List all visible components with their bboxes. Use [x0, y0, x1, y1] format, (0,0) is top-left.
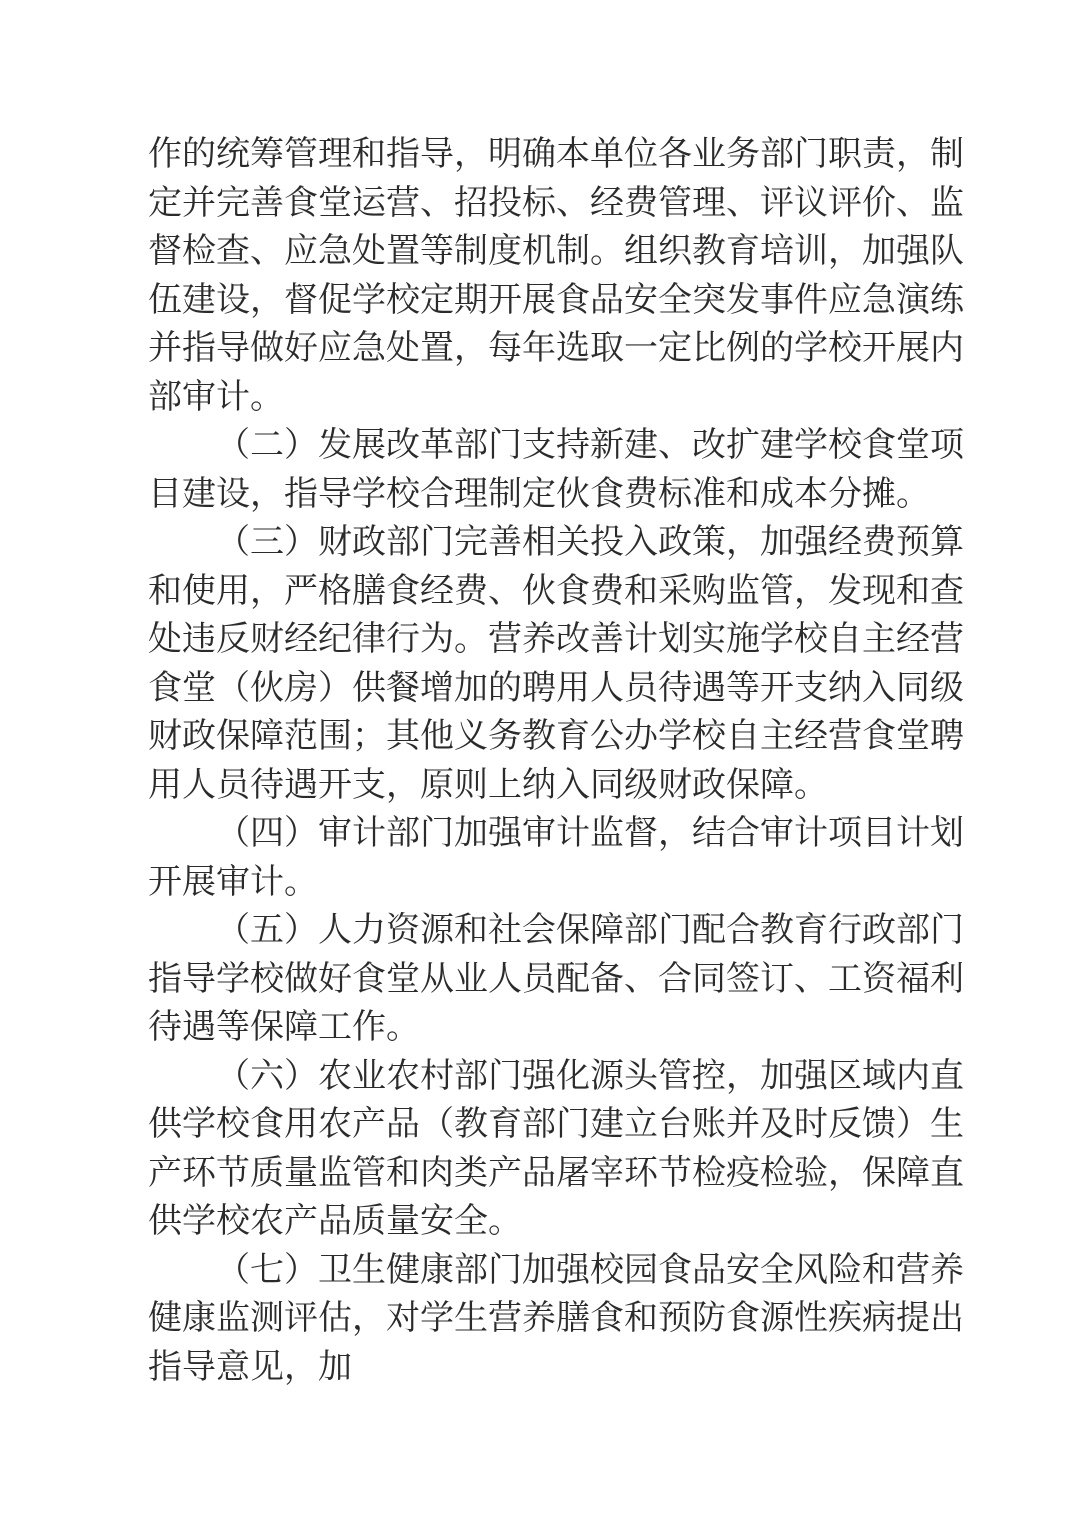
paragraph-item-2: （二）发展改革部门支持新建、改扩建学校食堂项目建设，指导学校合理制定伙食费标准和…	[148, 422, 964, 519]
paragraph-continuation: 作的统筹管理和指导，明确本单位各业务部门职责，制定并完善食堂运营、招投标、经费管…	[148, 131, 964, 422]
paragraph-item-4: （四）审计部门加强审计监督，结合审计项目计划开展审计。	[148, 810, 964, 907]
paragraph-item-5: （五）人力资源和社会保障部门配合教育行政部门指导学校做好食堂从业人员配备、合同签…	[148, 907, 964, 1053]
document-text-block: 作的统筹管理和指导，明确本单位各业务部门职责，制定并完善食堂运营、招投标、经费管…	[148, 131, 964, 1392]
document-page: 作的统筹管理和指导，明确本单位各业务部门职责，制定并完善食堂运营、招投标、经费管…	[0, 0, 1080, 1527]
paragraph-item-3: （三）财政部门完善相关投入政策，加强经费预算和使用，严格膳食经费、伙食费和采购监…	[148, 519, 964, 810]
paragraph-item-6: （六）农业农村部门强化源头管控，加强区域内直供学校食用农产品（教育部门建立台账并…	[148, 1053, 964, 1247]
paragraph-item-7: （七）卫生健康部门加强校园食品安全风险和营养健康监测评估，对学生营养膳食和预防食…	[148, 1247, 964, 1393]
